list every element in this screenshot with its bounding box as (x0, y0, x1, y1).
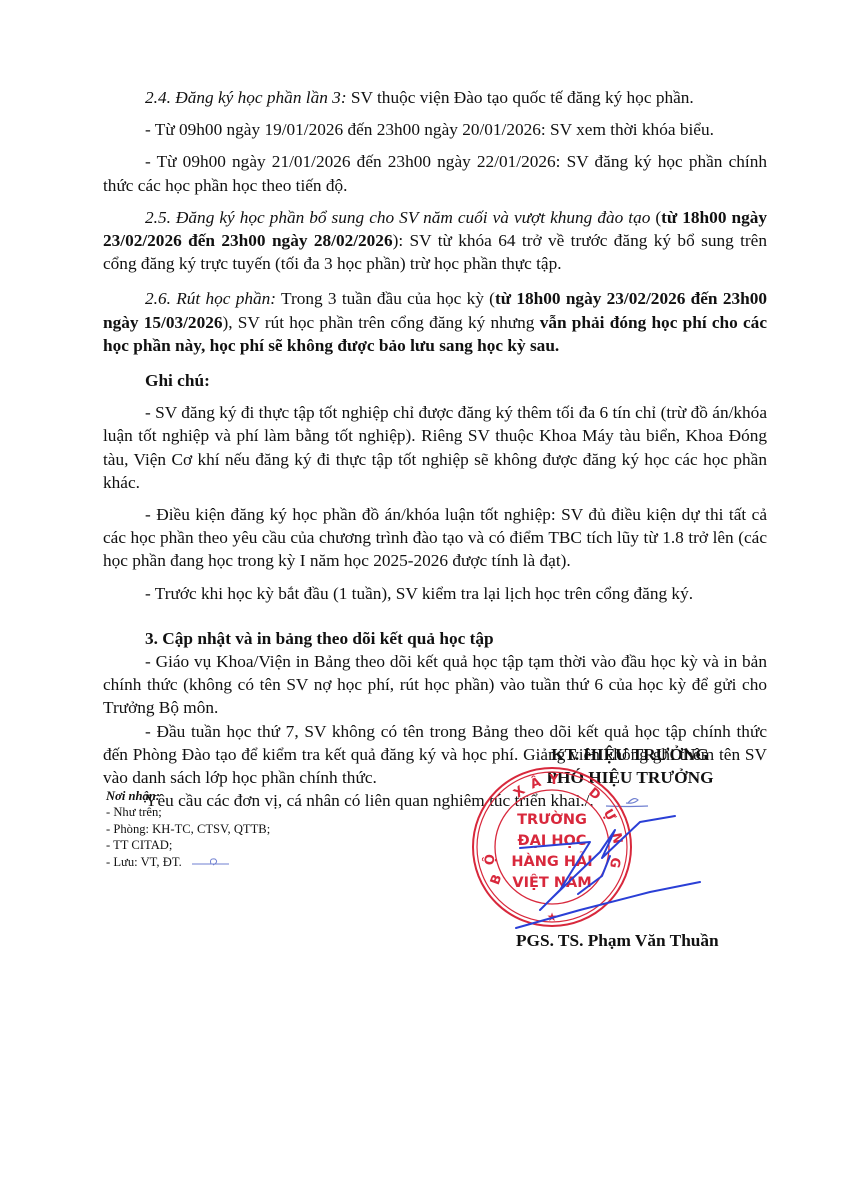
section-3-heading: 3. Cập nhật và in bảng theo dõi kết quả … (103, 627, 767, 650)
note-item: - SV đăng ký đi thực tập tốt nghiệp chỉ … (103, 401, 767, 494)
section-2-5: 2.5. Đăng ký học phần bổ sung cho SV năm… (103, 206, 767, 276)
notes-heading-text: Ghi chú: (145, 371, 210, 390)
recipients-block: Nơi nhận: - Như trên; - Phòng: KH-TC, CT… (106, 788, 270, 870)
recipient-item: - Như trên; (106, 804, 270, 820)
signature-line-1: KT. HIỆU TRƯỞNG (510, 743, 750, 766)
section-2-5-heading: 2.5. Đăng ký học phần bổ sung cho SV năm… (145, 208, 650, 227)
section-2-4-item: - Từ 09h00 ngày 19/01/2026 đến 23h00 ngà… (103, 118, 767, 141)
recipient-item: - TT CITAD; (106, 837, 270, 853)
svg-text:Y: Y (548, 773, 559, 788)
initial-mark-icon (191, 856, 231, 868)
handwritten-signature-icon (490, 790, 730, 930)
paren: ( (650, 208, 661, 227)
section-2-6-text: Trong 3 tuần đầu của học kỳ ( (276, 289, 495, 308)
section-2-4-heading-line: 2.4. Đăng ký học phần lần 3: SV thuộc vi… (103, 86, 767, 109)
recipient-item-text: - Lưu: VT, ĐT. (106, 855, 182, 869)
recipients-title: Nơi nhận: (106, 788, 270, 804)
note-item: - Trước khi học kỳ bắt đầu (1 tuần), SV … (103, 582, 767, 605)
recipient-item: - Phòng: KH-TC, CTSV, QTTB; (106, 821, 270, 837)
section-2-6-heading: 2.6. Rút học phần: (145, 289, 276, 308)
notes-heading: Ghi chú: (103, 369, 767, 392)
section-2-6: 2.6. Rút học phần: Trong 3 tuần đầu của … (103, 287, 767, 357)
section-3-heading-text: 3. Cập nhật và in bảng theo dõi kết quả … (145, 629, 494, 648)
note-item: - Điều kiện đăng ký học phần đồ án/khóa … (103, 503, 767, 573)
section-3-item: - Giáo vụ Khoa/Viện in Bảng theo dõi kết… (103, 650, 767, 720)
section-2-4-heading: 2.4. Đăng ký học phần lần 3: (145, 88, 347, 107)
recipient-item: - Lưu: VT, ĐT. (106, 854, 270, 870)
section-2-4-item: - Từ 09h00 ngày 21/01/2026 đến 23h00 ngà… (103, 150, 767, 196)
section-2-4-text: SV thuộc viện Đào tạo quốc tế đăng ký họ… (347, 88, 694, 107)
document-body: 2.4. Đăng ký học phần lần 3: SV thuộc vi… (103, 86, 767, 812)
signer-name: PGS. TS. Phạm Văn Thuần (516, 931, 719, 951)
section-2-6-text: ), SV rút học phần trên cổng đăng ký như… (223, 313, 540, 332)
